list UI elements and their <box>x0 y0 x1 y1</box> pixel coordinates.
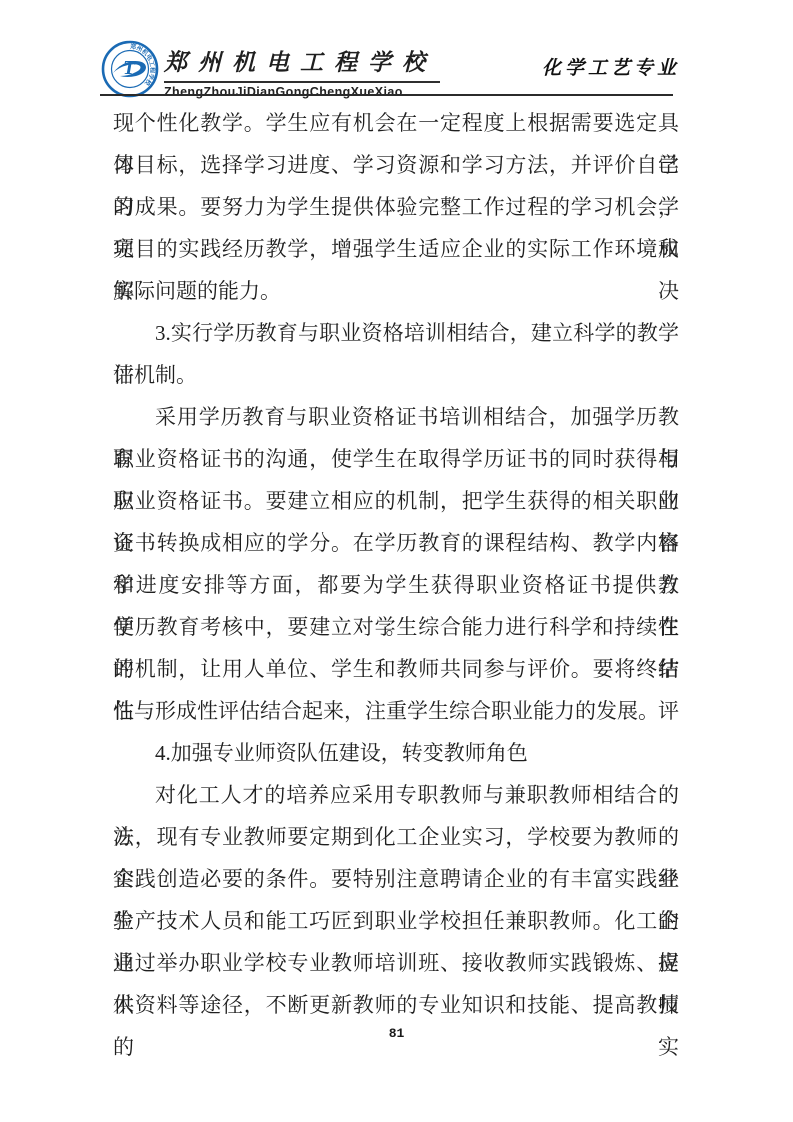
school-logo: 郑州机电工程学校 T <box>101 40 159 98</box>
body-text-line: 3.实行学历教育与职业资格培训相结合，建立科学的教学评 <box>113 312 679 354</box>
school-name-chinese: 郑州机电工程学校 <box>164 44 440 83</box>
body-text-line: 通过举办职业学校专业教师培训班、接收教师实践锻炼、提供技 <box>113 942 679 984</box>
body-text-line: 采用学历教育与职业资格证书培训相结合，加强学历教育与 <box>113 396 679 438</box>
body-text-line: 的机制，让用人单位、学生和教师共同参与评价。要将终结性评 <box>113 648 679 690</box>
body-text-line: 估机制。 <box>113 354 679 396</box>
school-logo-icon: 郑州机电工程学校 T <box>101 40 159 98</box>
document-body: 现个性化教学。学生应有机会在一定程度上根据需要选定具体学习目标，选择学习进度、学… <box>113 102 679 1026</box>
body-lines: 现个性化教学。学生应有机会在一定程度上根据需要选定具体学习目标，选择学习进度、学… <box>113 102 679 1026</box>
body-text-line: 法，现有专业教师要定期到化工企业实习，学校要为教师的企业 <box>113 816 679 858</box>
body-text-line: 实践创造必要的条件。要特别注意聘请企业的有丰富实践经验的 <box>113 858 679 900</box>
body-text-line: 职业资格证书的沟通，使学生在取得学历证书的同时获得相应的 <box>113 438 679 480</box>
body-text-line: 生产技术人员和能工巧匠到职业学校担任兼职教师。化工企业应 <box>113 900 679 942</box>
body-text-line: 学进度安排等方面，都要为学生获得职业资格证书提供方便。在 <box>113 564 679 606</box>
body-text-line: 习目标，选择学习进度、学习资源和学习方法，并评价自己的学 <box>113 144 679 186</box>
svg-text:T: T <box>123 57 136 79</box>
body-text-line: 术资料等途径，不断更新教师的专业知识和技能、提高教师的实 <box>113 984 679 1026</box>
body-text-line: 对化工人才的培养应采用专职教师与兼职教师相结合的方 <box>113 774 679 816</box>
header-divider <box>100 94 673 96</box>
body-text-line: 职业资格证书。要建立相应的机制，把学生获得的相关职业资格 <box>113 480 679 522</box>
body-text-line: 4.加强专业师资队伍建设，转变教师角色 <box>113 732 679 774</box>
school-name-block: 郑州机电工程学校 ZhengZhouJiDianGongChengXueXiao <box>164 44 440 99</box>
body-text-line: 学历教育考核中，要建立对学生综合能力进行科学和持续性评估 <box>113 606 679 648</box>
body-text-line: 现个性化教学。学生应有机会在一定程度上根据需要选定具体学 <box>113 102 679 144</box>
body-text-line: 估与形成性评估结合起来，注重学生综合职业能力的发展。 <box>113 690 679 732</box>
body-text-line: 习成果。要努力为学生提供体验完整工作过程的学习机会，完成 <box>113 186 679 228</box>
school-name-pinyin: ZhengZhouJiDianGongChengXueXiao <box>164 85 440 99</box>
body-text-line: 项目的实践经历教学，增强学生适应企业的实际工作环境和解决 <box>113 228 679 270</box>
page-footer: 81 <box>0 1024 793 1042</box>
major-title: 化学工艺专业 <box>542 53 680 80</box>
document-page: 郑州机电工程学校 T 郑州机电工程学校 ZhengZhouJiDianGongC… <box>0 0 793 1122</box>
body-text-line: 证书转换成相应的学分。在学历教育的课程结构、教学内容和教 <box>113 522 679 564</box>
page-number: 81 <box>389 1026 405 1041</box>
